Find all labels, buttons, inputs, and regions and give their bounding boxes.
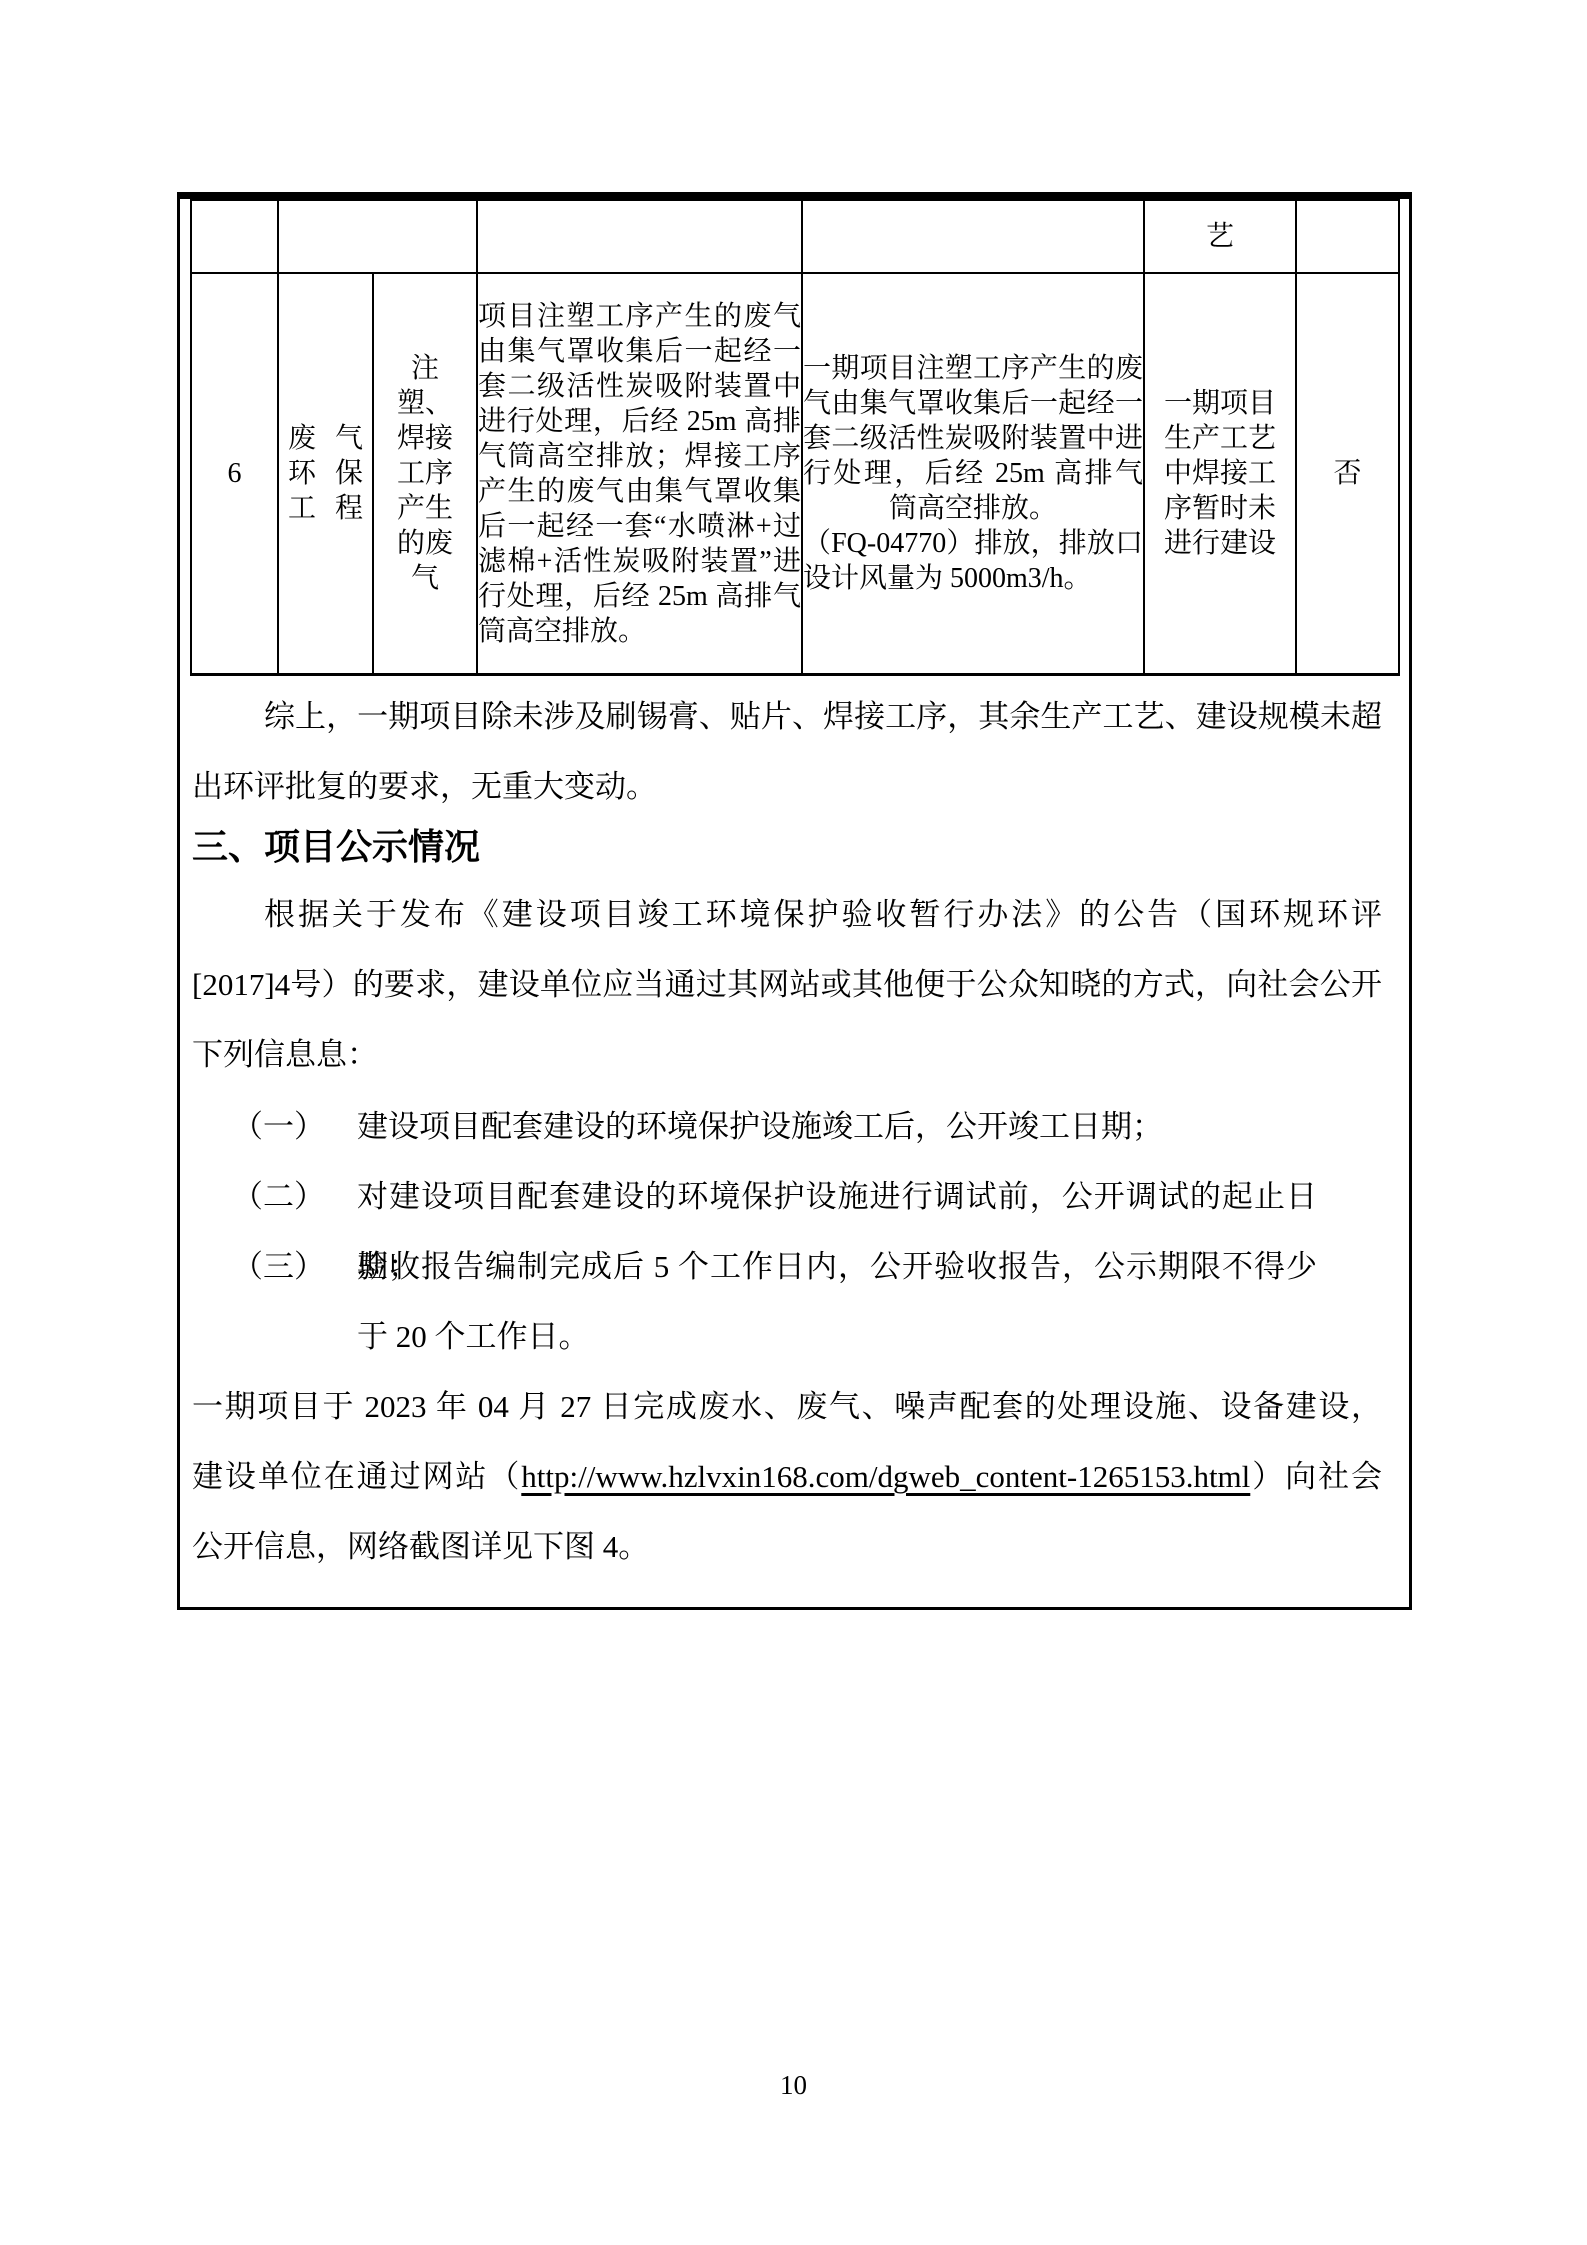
- item-3-text: 验收报告编制完成后 5 个工作日内，公开验收报告，公示期限不得少于 20 个工作…: [357, 1232, 1317, 1372]
- publish-line-2: 建设单位在通过网站（http://www.hzlvxin168.com/dgwe…: [192, 1442, 1382, 1512]
- item-1-marker: （一）: [232, 1092, 325, 1162]
- cell-approved-measures: 项目注塑工序产生的废气由集气罩收集后一起经一套二级活性炭吸附装置中进行处理，后经…: [477, 273, 802, 675]
- item-1-text: 建设项目配套建设的环境保护设施竣工后，公开竣工日期；: [357, 1092, 1317, 1162]
- project-name: 废气环保工程: [279, 421, 372, 526]
- publish-line-1: 一期项目于 2023 年 04 月 27 日完成废水、废气、噪声配套的处理设施、…: [192, 1372, 1382, 1442]
- publish-line-2-pre: 建设单位在通过网站（: [192, 1459, 521, 1494]
- cell-project: 废气环保工程: [278, 273, 373, 675]
- waste-gas-source: 注塑、焊接工序产生的废气: [374, 351, 476, 596]
- cont-cell-6: [1296, 200, 1399, 273]
- publish-line-3: 公开信息，网络截图详见下图 4。: [192, 1512, 1382, 1582]
- cont-cell-3: [477, 200, 802, 273]
- cell-index: 6: [191, 273, 278, 675]
- list-item-3: （三） 验收报告编制完成后 5 个工作日内，公开验收报告，公示期限不得少于 20…: [232, 1232, 1357, 1372]
- section-heading: 三、项目公示情况: [192, 812, 1382, 882]
- table-row-6: 6 废气环保工程 注塑、焊接工序产生的废气 项目注塑工序产生的废气由集气罩收集后…: [191, 273, 1399, 675]
- cell-change-note: 一期项目生产工艺中焊接工序暂时未进行建设: [1144, 273, 1296, 675]
- publish-url-link[interactable]: http://www.hzlvxin168.com/dgweb_content-…: [521, 1459, 1250, 1494]
- publish-paragraph: 一期项目于 2023 年 04 月 27 日完成废水、废气、噪声配套的处理设施、…: [192, 1372, 1382, 1582]
- cont-cell-2: [278, 200, 477, 273]
- cont-cell-4: [802, 200, 1144, 273]
- actual-construction-p1: 一期项目注塑工序产生的废气由集气罩收集后一起经一套二级活性炭吸附装置中进行处理，…: [803, 351, 1143, 526]
- cell-actual-construction: 一期项目注塑工序产生的废气由集气罩收集后一起经一套二级活性炭吸附装置中进行处理，…: [802, 273, 1144, 675]
- table-row-continuation: 艺: [191, 200, 1399, 273]
- cell-source: 注塑、焊接工序产生的废气: [373, 273, 477, 675]
- cell-major-change: 否: [1296, 273, 1399, 675]
- basis-paragraph: 根据关于发布《建设项目竣工环境保护验收暂行办法》的公告（国环规环评[2017]4…: [192, 880, 1382, 1090]
- document-page: 艺 6 废气环保工程 注塑、焊接工序产生的废气 项目注塑工序产生的废气由集气罩收…: [0, 0, 1587, 2245]
- actual-construction-p2: （FQ-04770）排放，排放口设计风量为 5000m3/h。: [803, 526, 1143, 596]
- list-item-1: （一） 建设项目配套建设的环境保护设施竣工后，公开竣工日期；: [232, 1092, 1357, 1162]
- cont-cell-5: 艺: [1144, 200, 1296, 273]
- summary-paragraph: 综上，一期项目除未涉及刷锡膏、贴片、焊接工序，其余生产工艺、建设规模未超出环评批…: [192, 682, 1382, 822]
- env-protection-table: 艺 6 废气环保工程 注塑、焊接工序产生的废气 项目注塑工序产生的废气由集气罩收…: [190, 199, 1400, 676]
- publish-line-2-post: ）向社会: [1250, 1459, 1382, 1494]
- continuation-text: 艺: [1206, 221, 1234, 252]
- cont-cell-1: [191, 200, 278, 273]
- item-3-marker: （三）: [232, 1232, 325, 1372]
- page-number: 10: [0, 2068, 1587, 2102]
- change-note-text: 一期项目生产工艺中焊接工序暂时未进行建设: [1145, 386, 1295, 561]
- approved-measures-text: 项目注塑工序产生的废气由集气罩收集后一起经一套二级活性炭吸附装置中进行处理，后经…: [478, 299, 801, 649]
